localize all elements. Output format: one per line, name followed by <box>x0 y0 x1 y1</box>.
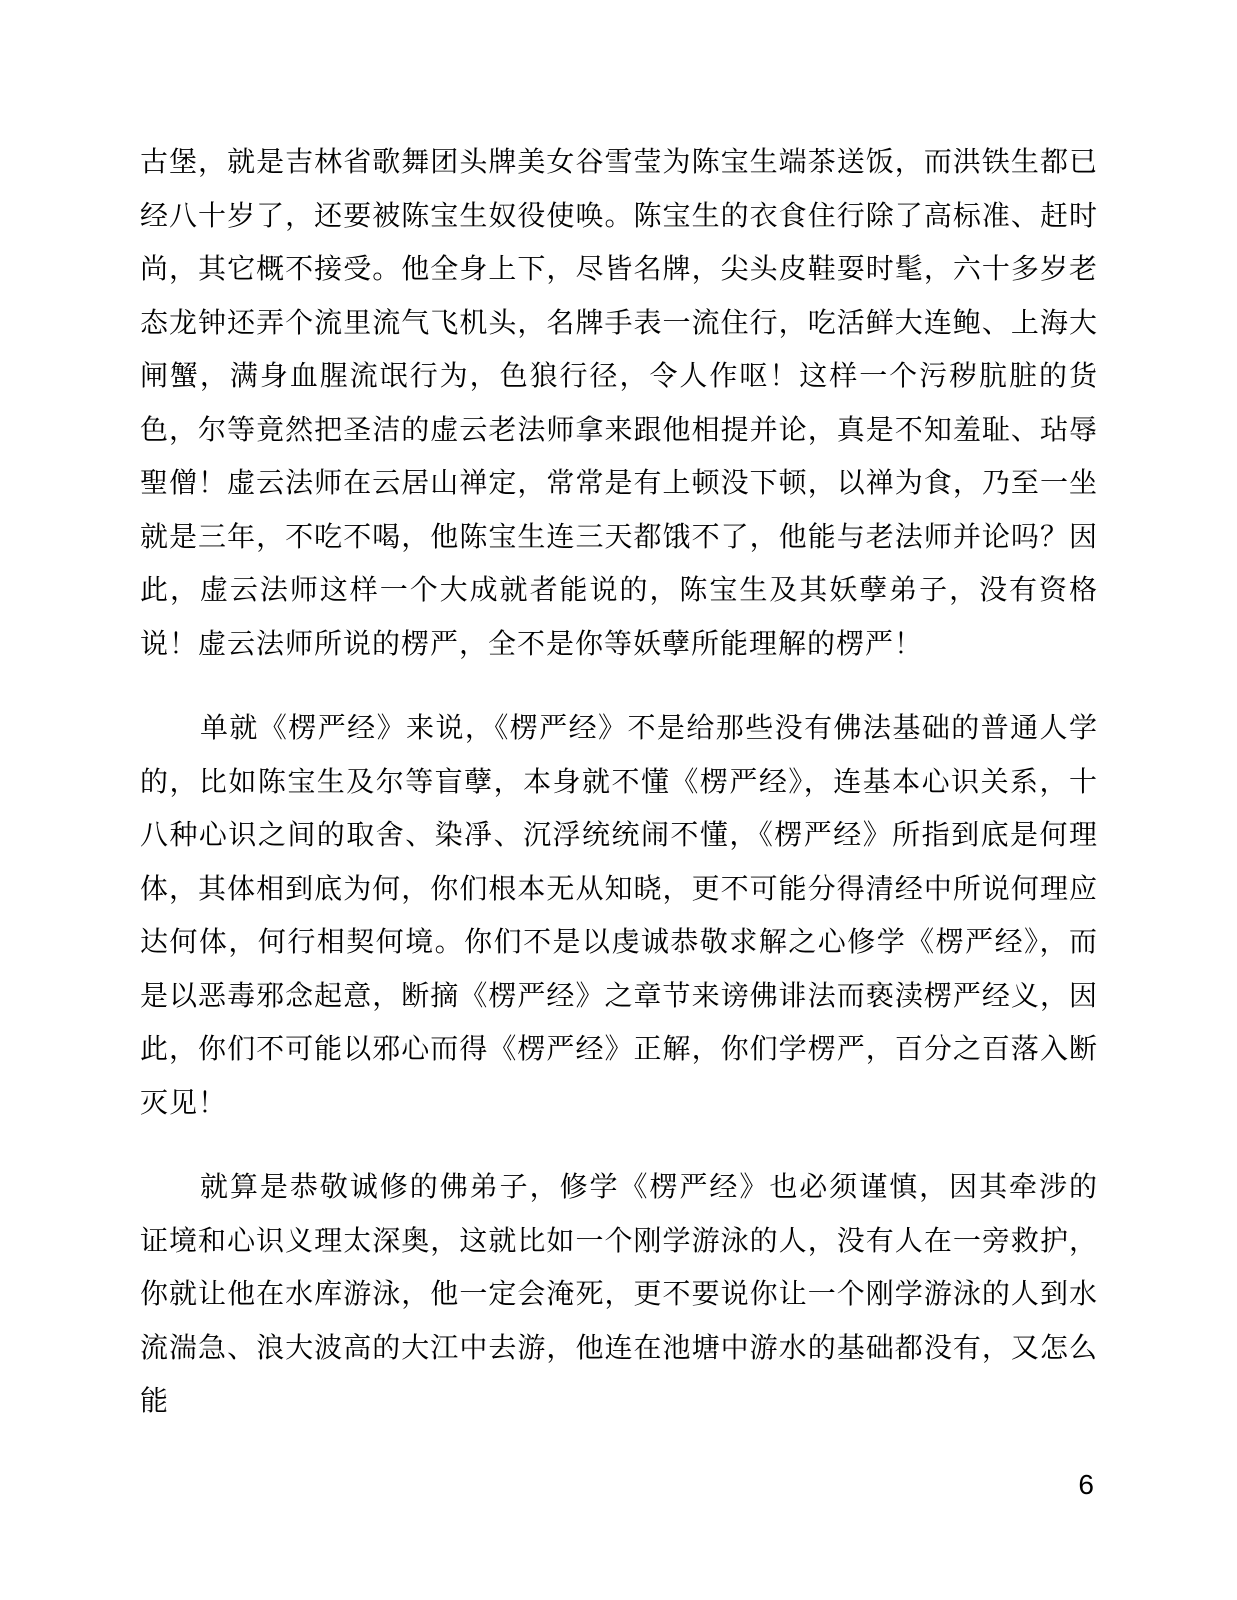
paragraph-1: 古堡，就是吉林省歌舞团头牌美女谷雪莹为陈宝生端茶送饭，而洪铁生都已经八十岁了，还… <box>140 136 1098 671</box>
paragraph-3: 就算是恭敬诚修的佛弟子，修学《楞严经》也必须谨慎，因其牵涉的证境和心识义理太深奥… <box>140 1161 1098 1429</box>
page-number: 6 <box>1034 1470 1094 1500</box>
paragraph-2: 单就《楞严经》来说，《楞严经》不是给那些没有佛法基础的普通人学的，比如陈宝生及尔… <box>140 702 1098 1130</box>
document-body: 古堡，就是吉林省歌舞团头牌美女谷雪莹为陈宝生端茶送饭，而洪铁生都已经八十岁了，还… <box>140 136 1098 1460</box>
document-page: 古堡，就是吉林省歌舞团头牌美女谷雪莹为陈宝生端茶送饭，而洪铁生都已经八十岁了，还… <box>0 0 1237 1600</box>
